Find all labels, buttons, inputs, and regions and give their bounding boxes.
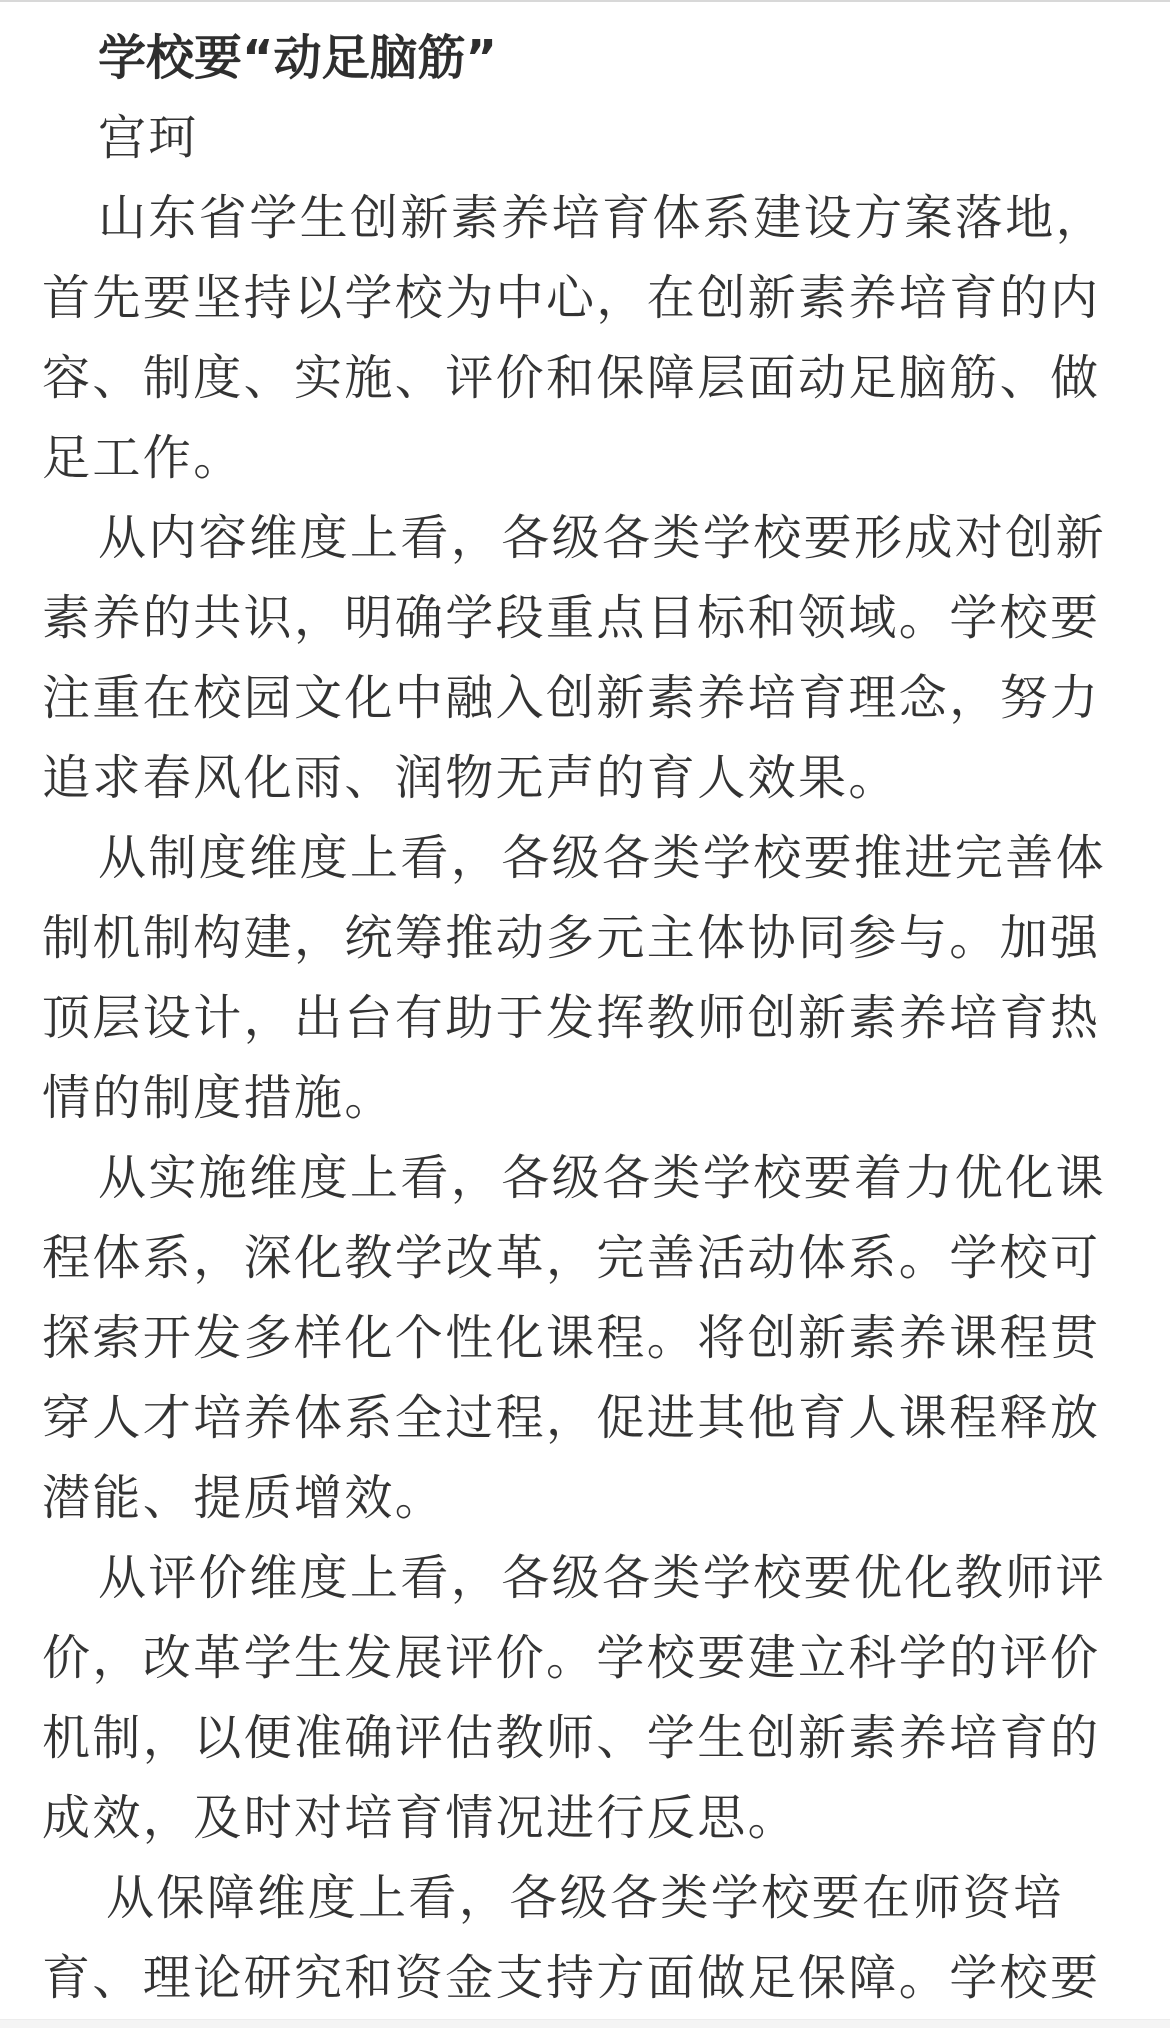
paragraph-line: 从实施维度上看，各级各类学校要着力优化课 <box>42 1138 1132 1218</box>
paragraph-line: 足工作。 <box>42 418 1132 498</box>
article-title: 学校要“动足脑筋” <box>42 18 1132 98</box>
paragraph-line: 容、制度、实施、评价和保障层面动足脑筋、做 <box>42 338 1132 418</box>
paragraph-line: 情的制度措施。 <box>42 1058 1132 1138</box>
article-author: 宫珂 <box>42 98 1132 178</box>
paragraph-line: 价，改革学生发展评价。学校要建立科学的评价 <box>42 1618 1132 1698</box>
paragraph-intro: 山东省学生创新素养培育体系建设方案落地， 首先要坚持以学校为中心，在创新素养培育… <box>42 178 1132 498</box>
paragraph-line: 从评价维度上看，各级各类学校要优化教师评 <box>42 1538 1132 1618</box>
paragraph-line: 机制，以便准确评估教师、学生创新素养培育的 <box>42 1698 1132 1778</box>
paragraph-line: 追求春风化雨、润物无声的育人效果。 <box>42 738 1132 818</box>
paragraph-support-dimension: 从保障维度上看，各级各类学校要在师资培 育、理论研究和资金支持方面做足保障。学校… <box>42 1858 1132 2018</box>
paragraph-line: 山东省学生创新素养培育体系建设方案落地， <box>42 178 1132 258</box>
paragraph-line: 潜能、提质增效。 <box>42 1458 1132 1538</box>
paragraph-line: 育、理论研究和资金支持方面做足保障。学校要 <box>42 1938 1132 2018</box>
paragraph-line: 从制度维度上看，各级各类学校要推进完善体 <box>42 818 1132 898</box>
paragraph-line: 制机制构建，统筹推动多元主体协同参与。加强 <box>42 898 1132 978</box>
top-divider <box>0 0 1170 2</box>
paragraph-line: 成效，及时对培育情况进行反思。 <box>42 1778 1132 1858</box>
paragraph-line: 程体系，深化教学改革，完善活动体系。学校可 <box>42 1218 1132 1298</box>
paragraph-line: 顶层设计，出台有助于发挥教师创新素养培育热 <box>42 978 1132 1058</box>
paragraph-line: 探索开发多样化个性化课程。将创新素养课程贯 <box>42 1298 1132 1378</box>
paragraph-evaluation-dimension: 从评价维度上看，各级各类学校要优化教师评 价，改革学生发展评价。学校要建立科学的… <box>42 1538 1132 1858</box>
paragraph-system-dimension: 从制度维度上看，各级各类学校要推进完善体 制机制构建，统筹推动多元主体协同参与。… <box>42 818 1132 1138</box>
paragraph-line: 从内容维度上看，各级各类学校要形成对创新 <box>42 498 1132 578</box>
paragraph-line: 穿人才培养体系全过程，促进其他育人课程释放 <box>42 1378 1132 1458</box>
paragraph-line: 首先要坚持以学校为中心，在创新素养培育的内 <box>42 258 1132 338</box>
article-body: 学校要“动足脑筋” 宫珂 山东省学生创新素养培育体系建设方案落地， 首先要坚持以… <box>42 18 1132 2018</box>
paragraph-implementation-dimension: 从实施维度上看，各级各类学校要着力优化课 程体系，深化教学改革，完善活动体系。学… <box>42 1138 1132 1538</box>
paragraph-line: 从保障维度上看，各级各类学校要在师资培 <box>42 1858 1132 1938</box>
paragraph-content-dimension: 从内容维度上看，各级各类学校要形成对创新 素养的共识，明确学段重点目标和领域。学… <box>42 498 1132 818</box>
paragraph-line: 素养的共识，明确学段重点目标和领域。学校要 <box>42 578 1132 658</box>
bottom-edge <box>0 2019 1170 2028</box>
paragraph-line: 注重在校园文化中融入创新素养培育理念，努力 <box>42 658 1132 738</box>
